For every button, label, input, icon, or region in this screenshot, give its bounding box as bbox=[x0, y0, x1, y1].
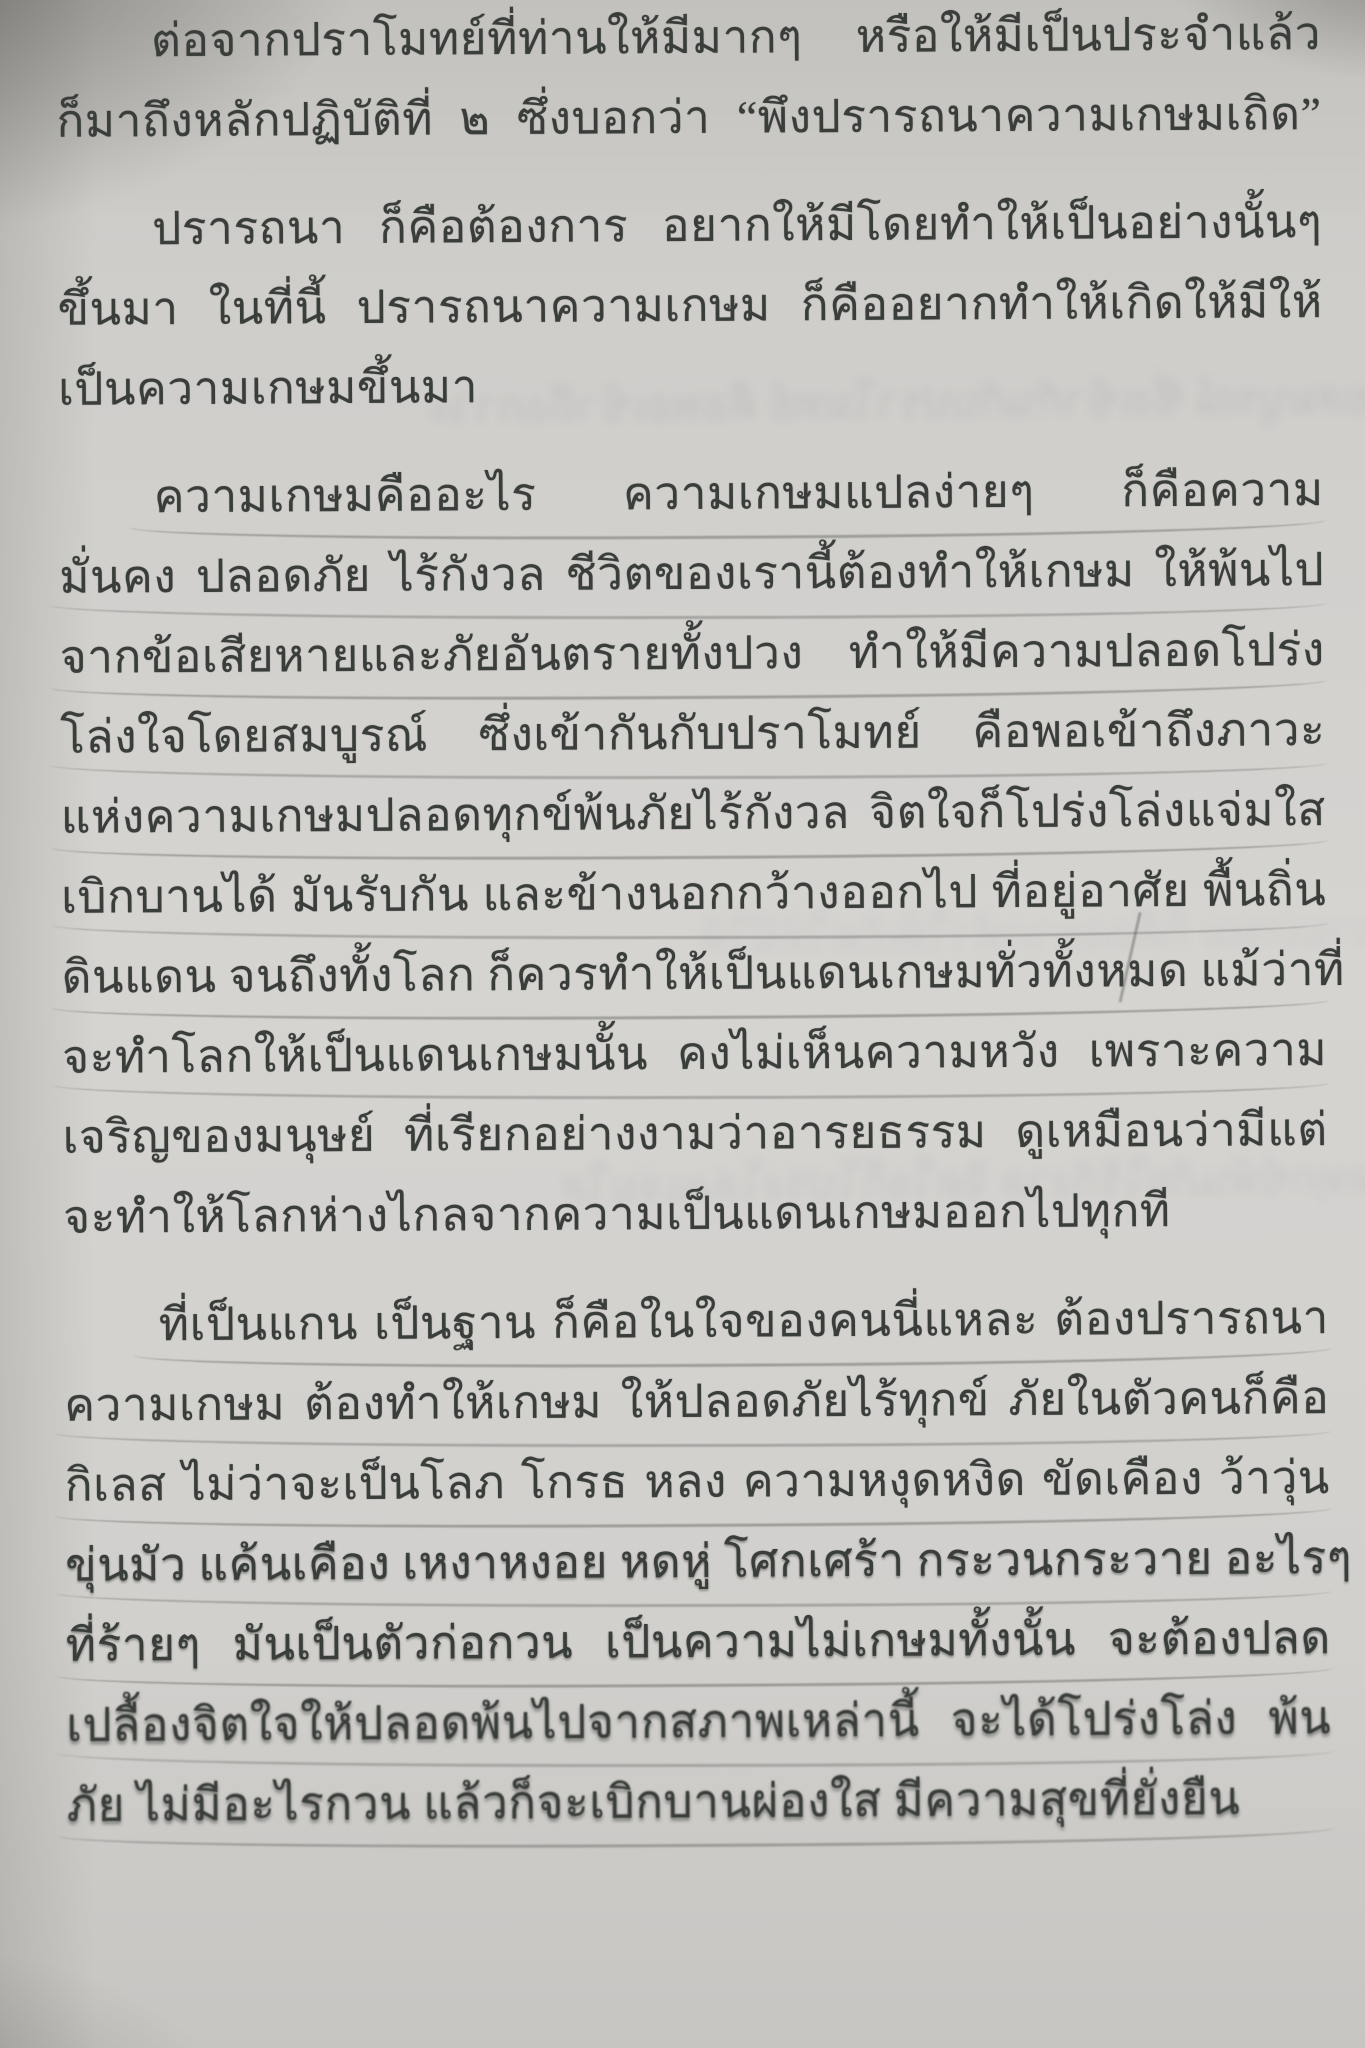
text-line: กิเลส ไม่ว่าจะเป็นโลภ โกรธ หลง ความหงุดห… bbox=[65, 1438, 1330, 1526]
line-text: ที่เป็นแกน เป็นฐาน ก็คือในใจของคนนี่แหละ… bbox=[159, 1292, 1329, 1350]
text-line: จะทำโลกให้เป็นแดนเกษมนั้น คงไม่เห็นความห… bbox=[62, 1010, 1327, 1098]
text-line: ปรารถนา ก็คือต้องการ อยากให้มีโดยทำให้เป… bbox=[57, 182, 1322, 270]
text-line: ที่ร้ายๆ มันเป็นตัวก่อกวน เป็นความไม่เกษ… bbox=[66, 1598, 1331, 1686]
line-text: เป็นความเกษมขึ้นมา bbox=[58, 361, 478, 415]
text-line: จะทำให้โลกห่างไกลจากความเป็นแดนเกษมออกไป… bbox=[63, 1170, 1328, 1258]
book-page: ต่อจากปราโมทย์ที่ท่านให้มีมากๆ หรือให้มี… bbox=[0, 0, 1365, 2048]
text-line: ที่เป็นแกน เป็นฐาน ก็คือในใจของคนนี่แหละ… bbox=[64, 1278, 1329, 1366]
line-text: ก็มาถึงหลักปฏิบัติที่ ๒ ซึ่งบอกว่า “พึงป… bbox=[56, 88, 1321, 147]
line-text: เปลื้องจิตใจให้ปลอดพ้นไปจากสภาพเหล่านี้ … bbox=[66, 1692, 1331, 1751]
line-text: ปรารถนา ก็คือต้องการ อยากให้มีโดยทำให้เป… bbox=[152, 196, 1322, 254]
text-line: โล่งใจโดยสมบูรณ์ ซึ่งเข้ากันกับปราโมทย์ … bbox=[60, 690, 1325, 778]
text-line: ต่อจากปราโมทย์ที่ท่านให้มีมากๆ หรือให้มี… bbox=[56, 0, 1321, 82]
text-line: เป็นความเกษมขึ้นมา bbox=[58, 342, 1323, 430]
line-text: จะทำโลกให้เป็นแดนเกษมนั้น คงไม่เห็นความห… bbox=[62, 1024, 1327, 1083]
text-line: ดินแดน จนถึงทั้งโลก ก็ควรทำให้เป็นแดนเกษ… bbox=[61, 930, 1326, 1018]
text-line: มั่นคง ปลอดภัย ไร้กังวล ชีวิตของเรานี้ต้… bbox=[59, 530, 1324, 618]
line-text: มั่นคง ปลอดภัย ไร้กังวล ชีวิตของเรานี้ต้… bbox=[59, 544, 1324, 603]
line-text: เบิกบานได้ มันรับกัน และข้างนอกกว้างออกไ… bbox=[61, 864, 1326, 923]
line-text: จากข้อเสียหายและภัยอันตรายทั้งปวง ทำให้ม… bbox=[60, 624, 1325, 683]
text-line: ความเกษมคืออะไร ความเกษมแปลง่ายๆ ก็คือคว… bbox=[59, 450, 1324, 538]
line-text: ที่ร้ายๆ มันเป็นตัวก่อกวน เป็นความไม่เกษ… bbox=[66, 1612, 1331, 1671]
text-line: ความเกษม ต้องทำให้เกษม ให้ปลอดภัยไร้ทุกข… bbox=[64, 1358, 1329, 1446]
paragraph: ต่อจากปราโมทย์ที่ท่านให้มีมากๆ หรือให้มี… bbox=[56, 0, 1322, 162]
text-line: ขุ่นมัว แค้นเคือง เหงาหงอย หดหู่ โศกเศร้… bbox=[65, 1518, 1330, 1606]
line-text: ต่อจากปราโมทย์ที่ท่านให้มีมากๆ หรือให้มี… bbox=[151, 8, 1321, 66]
line-text: แห่งความเกษมปลอดทุกข์พ้นภัยไร้กังวล จิตใ… bbox=[61, 784, 1326, 843]
paragraph: ที่เป็นแกน เป็นฐาน ก็คือในใจของคนนี่แหละ… bbox=[64, 1278, 1332, 1846]
photographed-book-page: { "document": { "kind": "thai-book-page"… bbox=[0, 0, 1365, 2048]
paragraph: ความเกษมคืออะไร ความเกษมแปลง่ายๆ ก็คือคว… bbox=[59, 450, 1329, 1258]
line-text: โล่งใจโดยสมบูรณ์ ซึ่งเข้ากันกับปราโมทย์ … bbox=[60, 704, 1325, 763]
line-text: ความเกษม ต้องทำให้เกษม ให้ปลอดภัยไร้ทุกข… bbox=[64, 1372, 1329, 1431]
page-text: ต่อจากปราโมทย์ที่ท่านให้มีมากๆ หรือให้มี… bbox=[56, 0, 1332, 1846]
text-line: ภัย ไม่มีอะไรกวน แล้วก็จะเบิกบานผ่องใส ม… bbox=[67, 1758, 1332, 1846]
line-text: ขุ่นมัว แค้นเคือง เหงาหงอย หดหู่ โศกเศร้… bbox=[65, 1532, 1352, 1591]
text-line: ขึ้นมา ในที่นี้ ปรารถนาความเกษม ก็คืออยา… bbox=[57, 262, 1322, 350]
line-text: กิเลส ไม่ว่าจะเป็นโลภ โกรธ หลง ความหงุดห… bbox=[65, 1452, 1330, 1511]
text-line: เปลื้องจิตใจให้ปลอดพ้นไปจากสภาพเหล่านี้ … bbox=[66, 1678, 1331, 1766]
text-line: แห่งความเกษมปลอดทุกข์พ้นภัยไร้กังวล จิตใ… bbox=[60, 770, 1325, 858]
line-text: เจริญของมนุษย์ ที่เรียกอย่างงามว่าอารยธร… bbox=[63, 1104, 1328, 1163]
text-line: จากข้อเสียหายและภัยอันตรายทั้งปวง ทำให้ม… bbox=[60, 610, 1325, 698]
line-text: จะทำให้โลกห่างไกลจากความเป็นแดนเกษมออกไป… bbox=[63, 1185, 1171, 1243]
line-text: ความเกษมคืออะไร ความเกษมแปลง่ายๆ ก็คือคว… bbox=[154, 464, 1324, 522]
pencil-underline-mark bbox=[57, 1828, 1334, 1851]
paragraph: ปรารถนา ก็คือต้องการ อยากให้มีโดยทำให้เป… bbox=[57, 182, 1323, 430]
text-line: เจริญของมนุษย์ ที่เรียกอย่างงามว่าอารยธร… bbox=[62, 1090, 1327, 1178]
line-text: ดินแดน จนถึงทั้งโลก ก็ควรทำให้เป็นแดนเกษ… bbox=[62, 944, 1345, 1003]
line-text: ภัย ไม่มีอะไรกวน แล้วก็จะเบิกบานผ่องใส ม… bbox=[67, 1773, 1241, 1831]
text-line: ก็มาถึงหลักปฏิบัติที่ ๒ ซึ่งบอกว่า “พึงป… bbox=[56, 74, 1321, 162]
line-text: ขึ้นมา ในที่นี้ ปรารถนาความเกษม ก็คืออยา… bbox=[57, 276, 1322, 335]
